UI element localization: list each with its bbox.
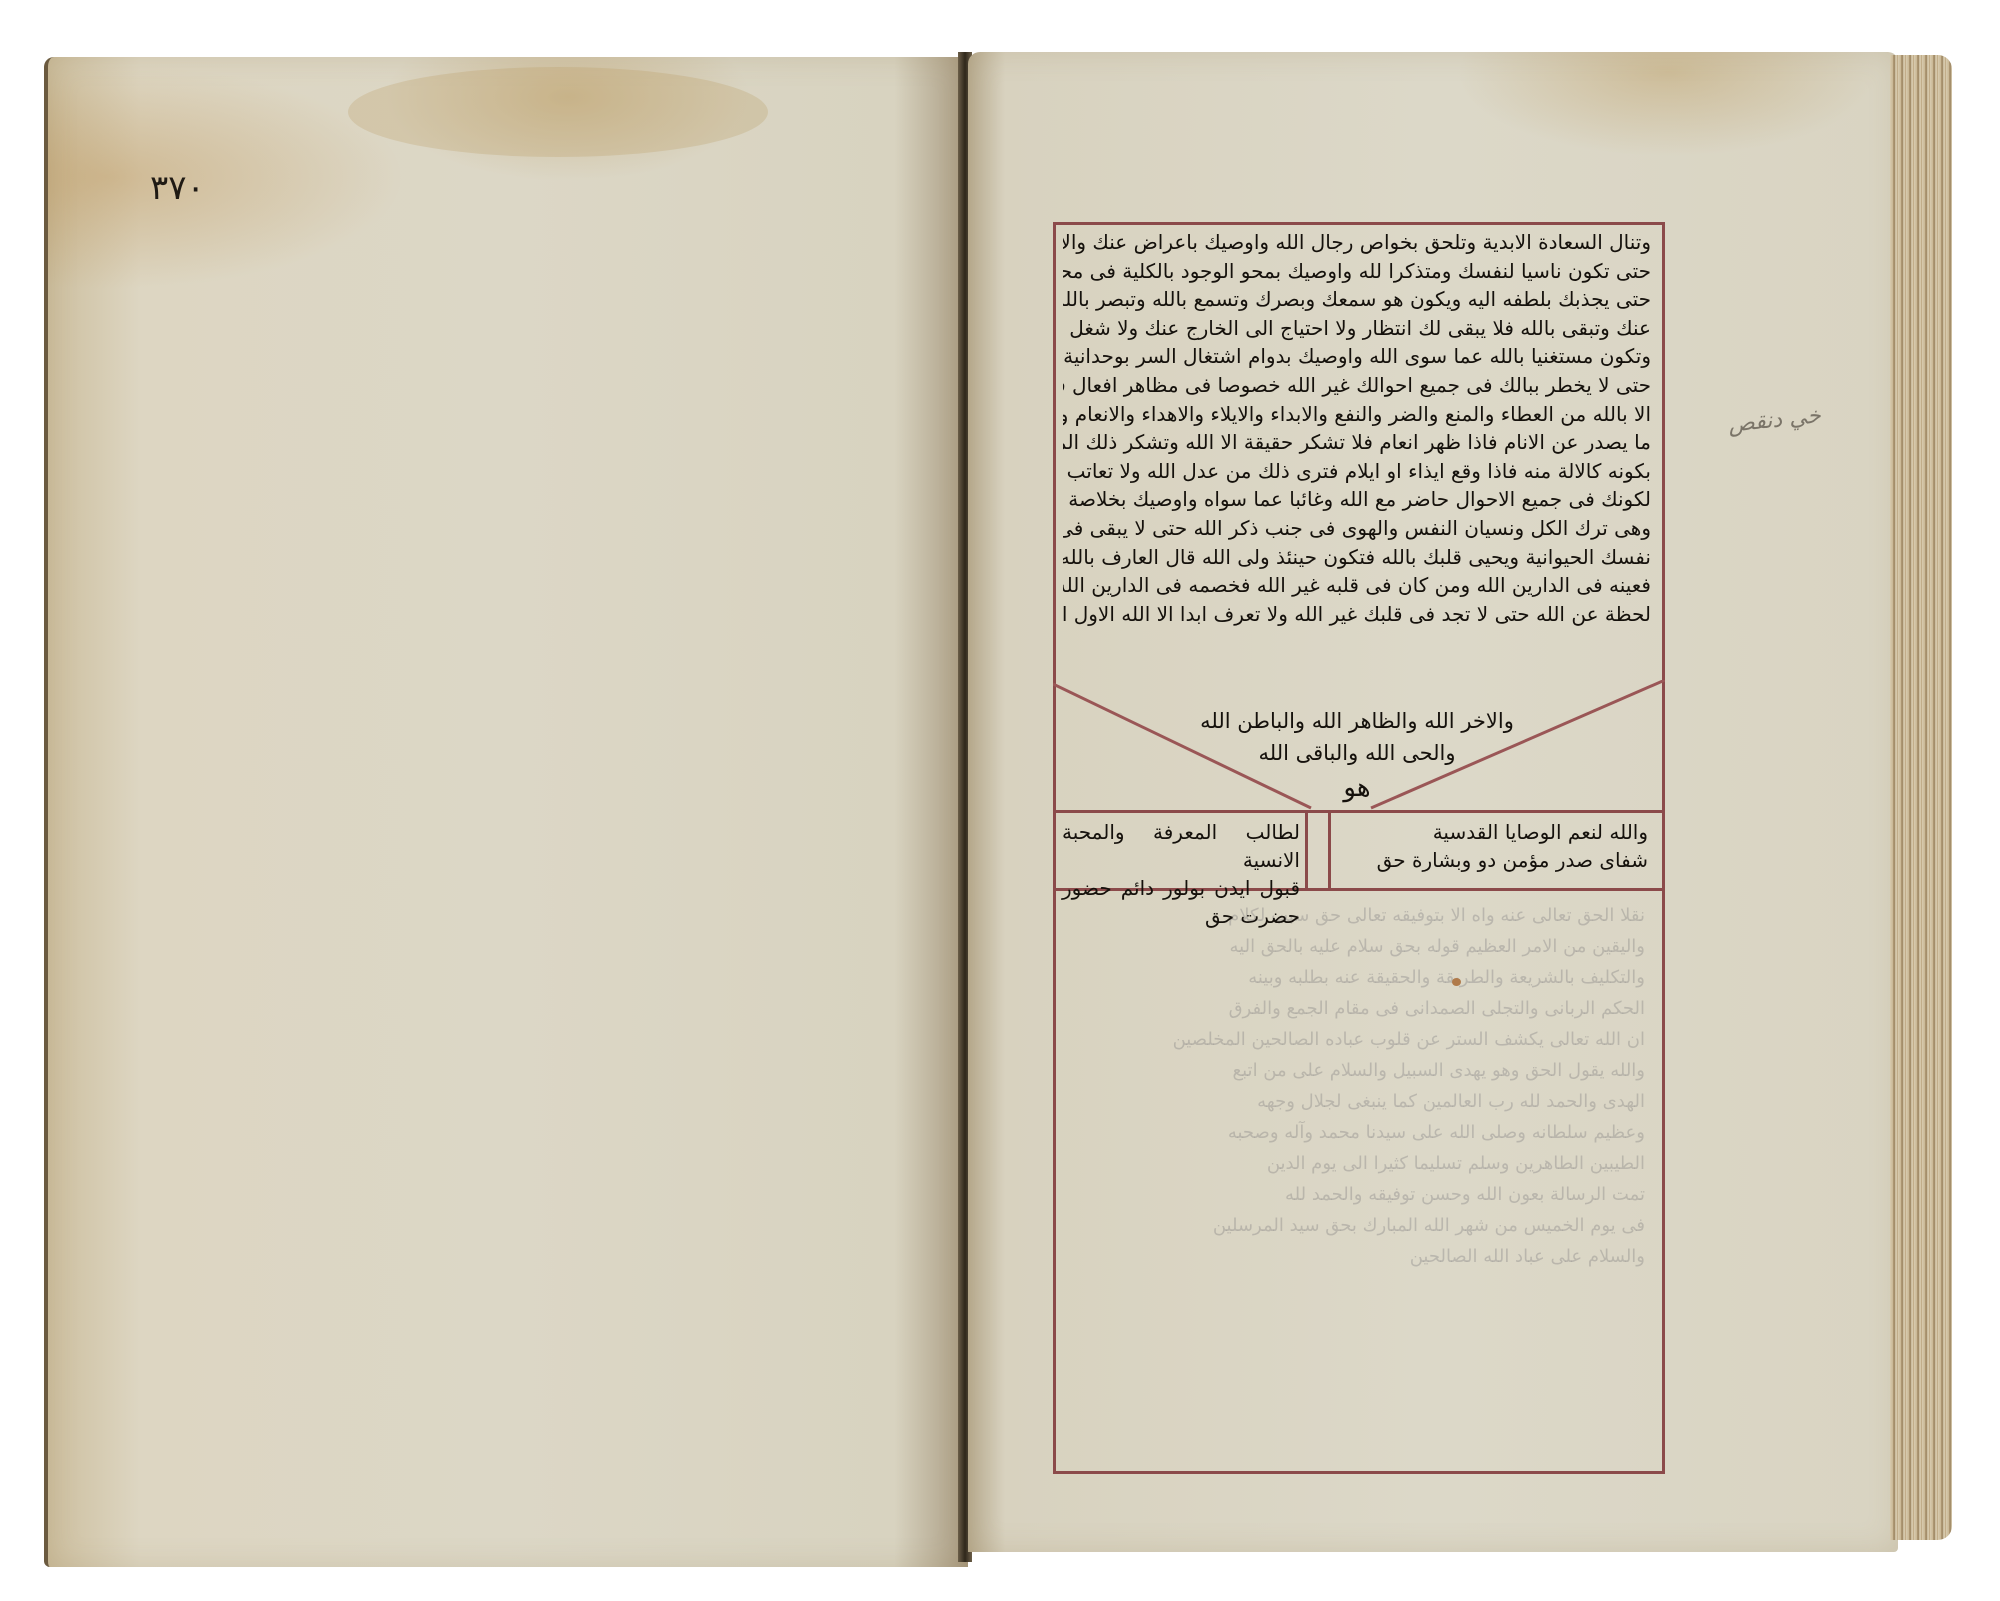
text-line: الا بالله من العطاء والمنع والضر والنفع … (1063, 400, 1651, 429)
main-text-block: وتنال السعادة الابدية وتلحق بخواص رجال ا… (1063, 228, 1651, 628)
text-line: لحظة عن الله حتى لا تجد فى قلبك غير الله… (1063, 600, 1651, 629)
text-line: حتى لا يخطر ببالك فى جميع احوالك غير الل… (1063, 371, 1651, 400)
verse-box-left: لطالب المعرفة والمحبة الانسية قبول ايدن … (1062, 818, 1300, 930)
left-page (44, 57, 968, 1567)
divider (1305, 810, 1308, 890)
divider (1328, 810, 1331, 890)
water-stain (348, 67, 768, 157)
text-line: بكونه كالالة منه فاذا وقع ايذاء او ايلام… (1063, 457, 1651, 486)
open-manuscript: ٣٧٠ خي دنقص نقلا الحق تعالى عنه واه الا … (0, 0, 2000, 1601)
text-line: حتى تكون ناسيا لنفسك ومتذكرا لله واوصيك … (1063, 257, 1651, 286)
text-line: وتكون مستغنيا بالله عما سوى الله واوصيك … (1063, 342, 1651, 371)
verse-line: قبول ايدن بولور دائم حضور حضرت حق (1062, 874, 1300, 930)
text-line: وهى ترك الكل ونسيان النفس والهوى فى جنب … (1063, 514, 1651, 543)
divider (1053, 810, 1665, 813)
verse-box-right: والله لنعم الوصايا القدسية شفاى صدر مؤمن… (1336, 818, 1648, 874)
ink-spot (1452, 978, 1461, 986)
verse-line: لطالب المعرفة والمحبة الانسية (1062, 818, 1300, 874)
page-edges (1890, 55, 1952, 1540)
text-line: فعينه فى الدارين الله ومن كان فى قلبه غي… (1063, 571, 1651, 600)
text-line: نفسك الحيوانية ويحيى قلبك بالله فتكون حي… (1063, 543, 1651, 572)
page-number: ٣٧٠ (150, 168, 205, 208)
verse-line: شفاى صدر مؤمن دو وبشارة حق (1336, 846, 1648, 874)
colophon-hu: هو (1063, 771, 1651, 805)
colophon-line: والاخر الله والظاهر الله والباطن الله (1063, 705, 1651, 737)
text-line: لكونك فى جميع الاحوال حاضر مع الله وغائب… (1063, 485, 1651, 514)
text-line: ما يصدر عن الانام فاذا ظهر انعام فلا تشك… (1063, 428, 1651, 457)
colophon-text: والاخر الله والظاهر الله والباطن الله وا… (1063, 705, 1651, 805)
text-line: عنك وتبقى بالله فلا يبقى لك انتظار ولا ا… (1063, 314, 1651, 343)
colophon-line: والحى الله والباقى الله (1063, 737, 1651, 769)
verse-line: والله لنعم الوصايا القدسية (1336, 818, 1648, 846)
text-line: وتنال السعادة الابدية وتلحق بخواص رجال ا… (1063, 228, 1651, 257)
text-line: حتى يجذبك بلطفه اليه ويكون هو سمعك وبصرك… (1063, 285, 1651, 314)
